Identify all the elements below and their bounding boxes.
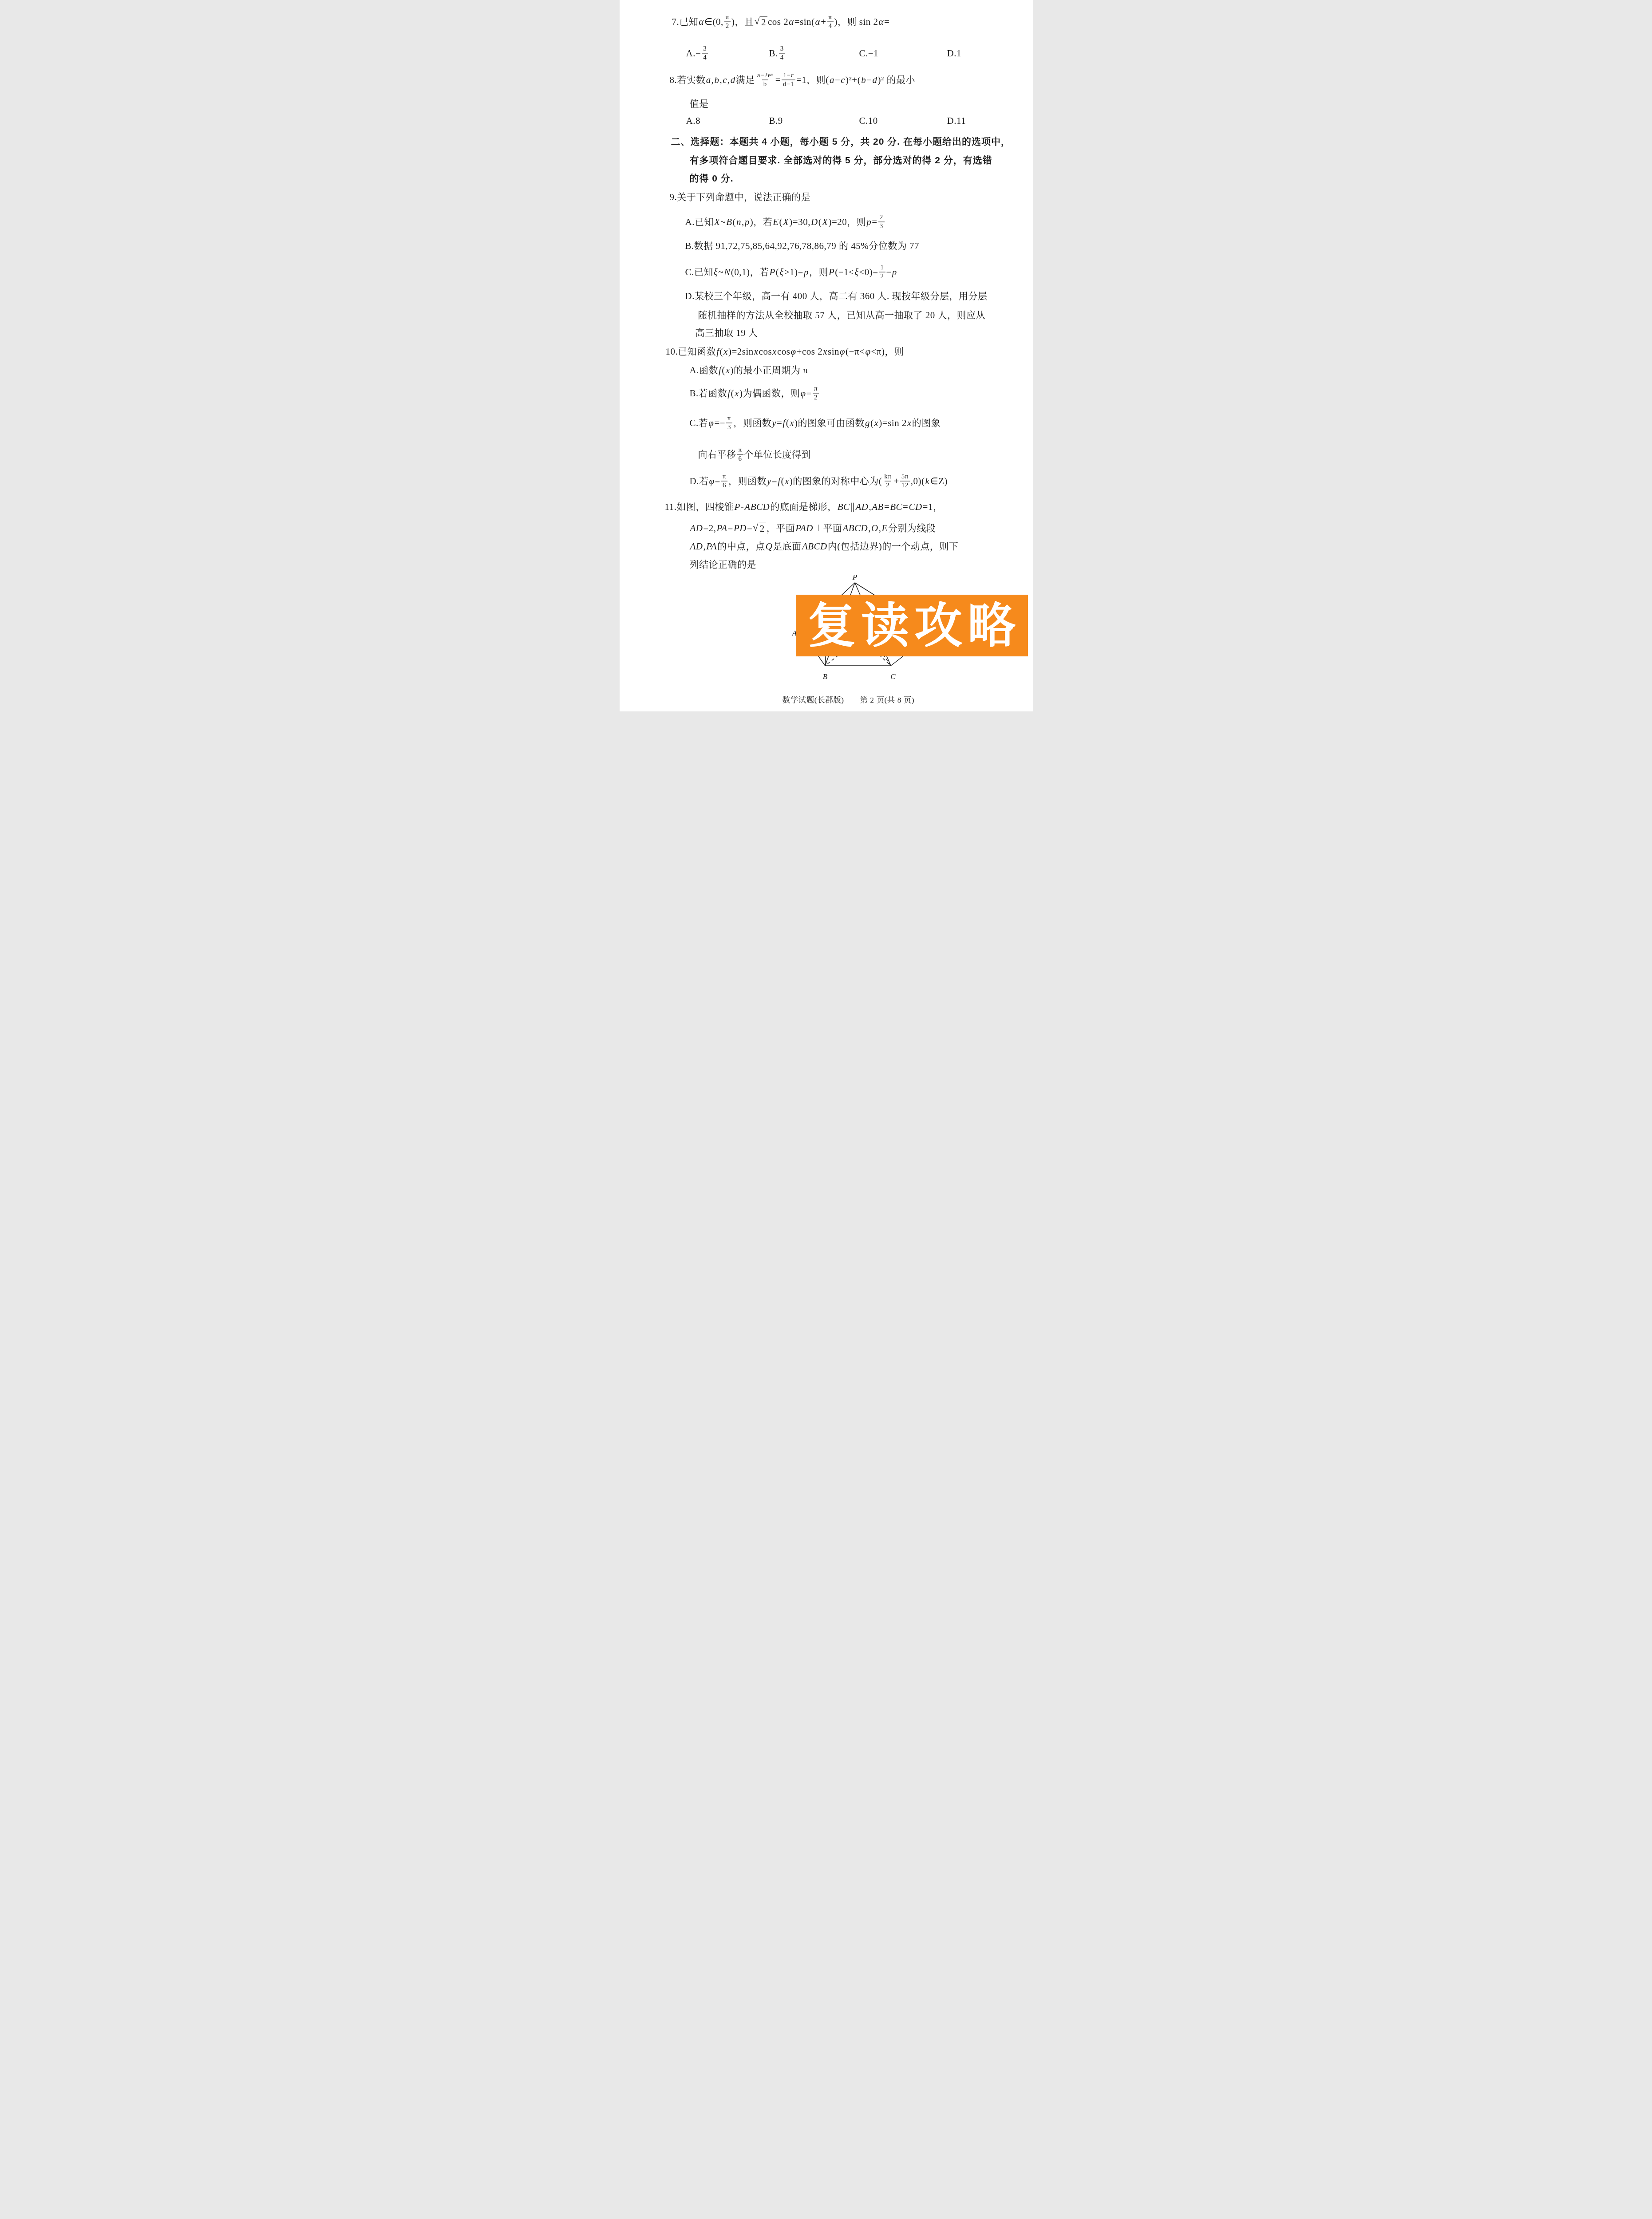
q10-option-d: D.若 φ=π6，则函数 y=f(x)的图象的对称中心为(kπ2+5π12,0)… [690, 474, 948, 489]
vertex-label-c: C [890, 672, 896, 681]
watermark-banner: 复读攻略 [796, 595, 1028, 656]
q11-line3: AD,PA 的中点，点 Q 是底面 ABCD 内(包括边界)的一个动点，则下 [690, 541, 959, 552]
q9-option-d3: 高三抽取 19 人 [696, 327, 758, 339]
q11-line1: 11.如图，四棱锥 P-ABCD 的底面是梯形，BC∥AD,AB=BC=CD=1… [665, 501, 943, 513]
section2-header2: 有多项符合题目要求. 全部选对的得 5 分，部分选对的得 2 分，有选错 [690, 155, 992, 166]
section2-header1: 二、选择题：本题共 4 小题，每小题 5 分，共 20 分. 在每小题给出的选项… [671, 136, 1011, 148]
q8-option-a: A.8 [686, 115, 700, 126]
q11-line2: AD=2,PA=PD=√2，平面 PAD⊥平面 ABCD,O,E 分别为线段 [690, 522, 936, 534]
q8-option-b: B.9 [769, 115, 783, 126]
section2-header3: 的得 0 分. [690, 173, 734, 185]
q7-option-d: D.1 [947, 47, 961, 59]
exam-page: 7.已知 α∈(0,π2)，且√2cos 2α=sin(α+π4)，则 sin … [620, 0, 1033, 711]
q8-line1: 8.若实数 a,b,c,d 满足a−2eᵃb=1−cd−1=1，则(a−c)²+… [670, 72, 916, 88]
q7-option-b: B.34 [769, 46, 786, 61]
vertex-label-p: P [852, 573, 857, 581]
q11-line4: 列结论正确的是 [690, 559, 757, 570]
watermark-text: 复读攻略 [802, 602, 1021, 650]
q10-option-c2: 向右平移π6个单位长度得到 [698, 447, 811, 462]
q10-option-a: A.函数 f(x)的最小正周期为 π [690, 364, 808, 376]
q10-line1: 10.已知函数 f(x)=2sin xcos xcos φ+cos 2xsin … [666, 346, 904, 357]
q9-option-c: C.已知 ξ~N(0,1)，若 P(ξ>1)=p，则 P(−1≤ξ≤0)=12−… [685, 265, 897, 280]
q8-option-d: D.11 [947, 115, 966, 126]
q7-option-a: A.−34 [686, 46, 709, 61]
q9-option-d2: 随机抽样的方法从全校抽取 57 人，已知从高一抽取了 20 人，则应从 [698, 309, 986, 321]
q7-line1: 7.已知 α∈(0,π2)，且√2cos 2α=sin(α+π4)，则 sin … [672, 14, 890, 30]
q10-option-b: B.若函数 f(x)为偶函数，则 φ=π2 [690, 386, 820, 401]
q7-option-c: C.−1 [859, 47, 879, 59]
q9-option-a: A.已知 X~B(n,p)，若 E(X)=30,D(X)=20，则 p=23 [685, 214, 885, 230]
q8-option-c: C.10 [859, 115, 878, 126]
q9-option-b: B.数据 91,72,75,85,64,92,76,78,86,79 的 45%… [685, 240, 920, 252]
q9-line1: 9.关于下列命题中，说法正确的是 [670, 191, 811, 203]
q9-option-d1: D.某校三个年级，高一有 400 人，高二有 360 人. 现按年级分层，用分层 [685, 290, 988, 302]
vertex-label-b: B [822, 672, 827, 681]
q8-line2: 值是 [690, 98, 709, 110]
q10-option-c1: C.若 φ=−π3，则函数 y=f(x)的图象可由函数 g(x)=sin 2x … [690, 415, 941, 431]
page-footer: 数学试题(长郡版) 第 2 页(共 8 页) [771, 694, 926, 705]
